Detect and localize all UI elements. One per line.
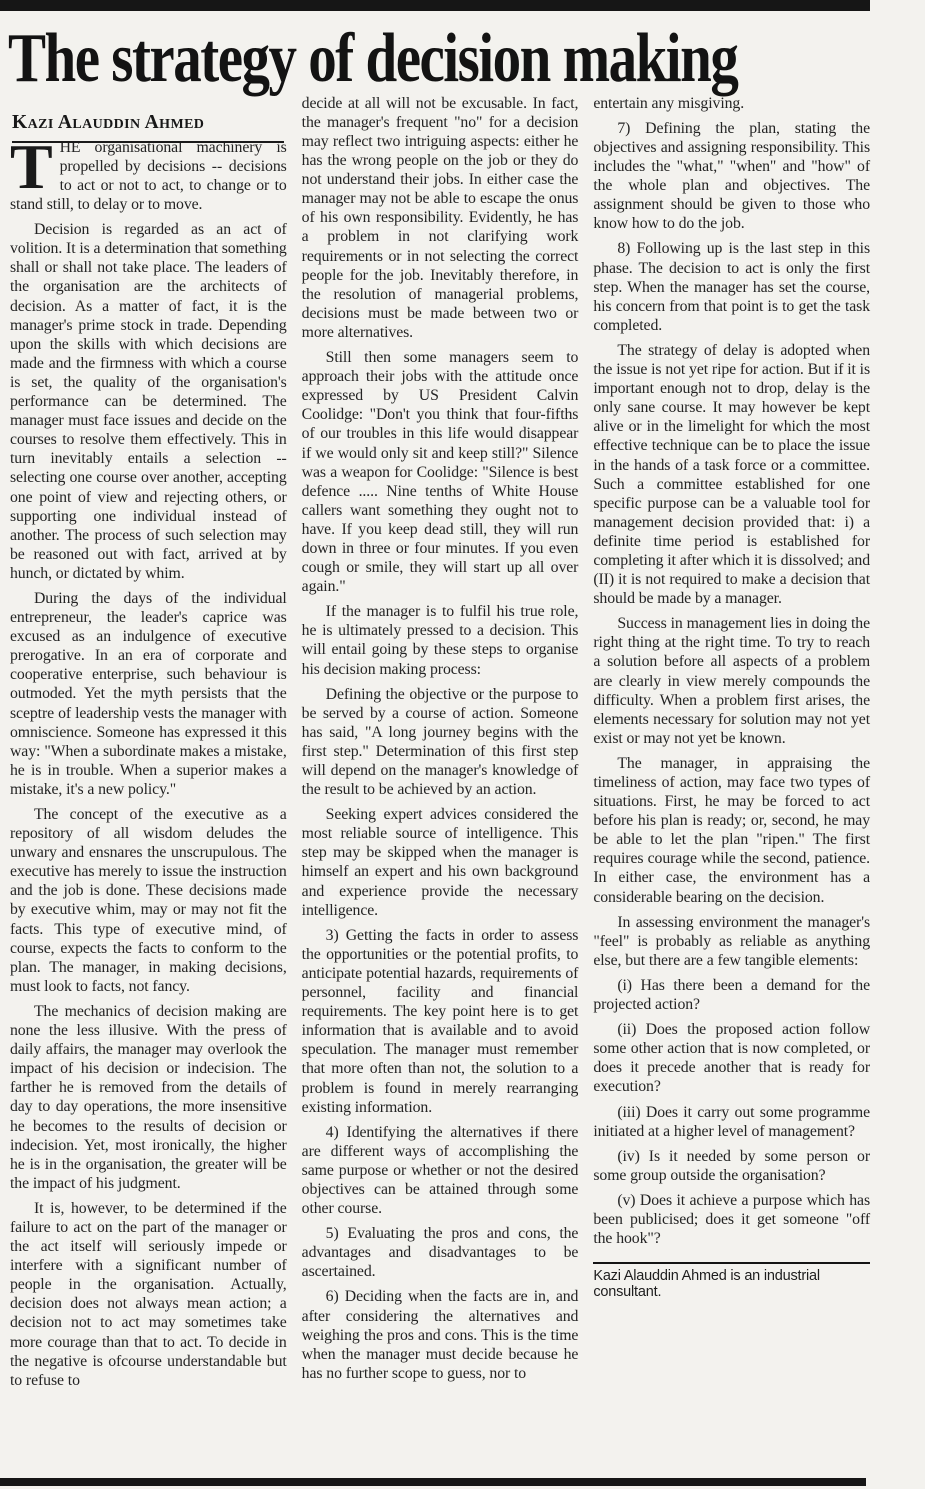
article-column-3: entertain any misgiving. 7) Defining the…: [593, 94, 870, 1390]
article-paragraph-step-8: 8) Following up is the last step in this…: [593, 239, 870, 334]
article-columns: THE organisational machinery is propelle…: [10, 94, 870, 1390]
article-paragraph-continuation: decide at all will not be excusable. In …: [302, 94, 579, 342]
article-column-1: THE organisational machinery is propelle…: [10, 94, 287, 1390]
newspaper-page: The strategy of decision making Kazi Ala…: [0, 0, 925, 1489]
article-paragraph: The concept of the executive as a reposi…: [10, 805, 287, 996]
page-title: The strategy of decision making: [8, 20, 925, 98]
article-paragraph-step-6: 6) Deciding when the facts are in, and a…: [302, 1287, 579, 1382]
article-paragraph-item-iii: (iii) Does it carry out some programme i…: [593, 1103, 870, 1141]
article-paragraph: Seeking expert advices considered the mo…: [302, 805, 579, 920]
article-paragraph: The strategy of delay is adopted when th…: [593, 341, 870, 608]
article-paragraph-item-ii: (ii) Does the proposed action follow som…: [593, 1020, 870, 1096]
bottom-rule-bar: [0, 1478, 866, 1486]
article-paragraph: Success in management lies in doing the …: [593, 614, 870, 748]
article-paragraph: The mechanics of decision making are non…: [10, 1002, 287, 1193]
article-paragraph: It is, however, to be determined if the …: [10, 1199, 287, 1390]
article-paragraph-lead: THE organisational machinery is propelle…: [10, 138, 287, 214]
author-credit-note: Kazi Alauddin Ahmed is an industrial con…: [593, 1262, 870, 1300]
author-byline: Kazi Alauddin Ahmed: [12, 112, 284, 143]
article-paragraph: Decision is regarded as an act of voliti…: [10, 220, 287, 583]
drop-cap: T: [10, 138, 60, 193]
article-paragraph: In assessing environment the manager's "…: [593, 913, 870, 970]
article-paragraph-item-i: (i) Has there been a demand for the proj…: [593, 976, 870, 1014]
article-column-2: decide at all will not be excusable. In …: [302, 94, 579, 1390]
article-paragraph-step-7: 7) Defining the plan, stating the object…: [593, 119, 870, 234]
article-paragraph: Defining the objective or the purpose to…: [302, 685, 579, 800]
article-paragraph-item-v: (v) Does it achieve a purpose which has …: [593, 1191, 870, 1248]
top-rule-bar: [0, 0, 870, 11]
article-paragraph: If the manager is to fulfil his true rol…: [302, 602, 579, 678]
article-paragraph: Still then some managers seem to approac…: [302, 348, 579, 596]
article-paragraph: During the days of the individual entrep…: [10, 589, 287, 799]
article-paragraph-step-3: 3) Getting the facts in order to assess …: [302, 926, 579, 1117]
article-paragraph: The manager, in appraising the timelines…: [593, 754, 870, 907]
article-paragraph-item-iv: (iv) Is it needed by some person or some…: [593, 1147, 870, 1185]
article-paragraph-step-5: 5) Evaluating the pros and cons, the adv…: [302, 1224, 579, 1281]
article-paragraph-step-4: 4) Identifying the alternatives if there…: [302, 1123, 579, 1218]
